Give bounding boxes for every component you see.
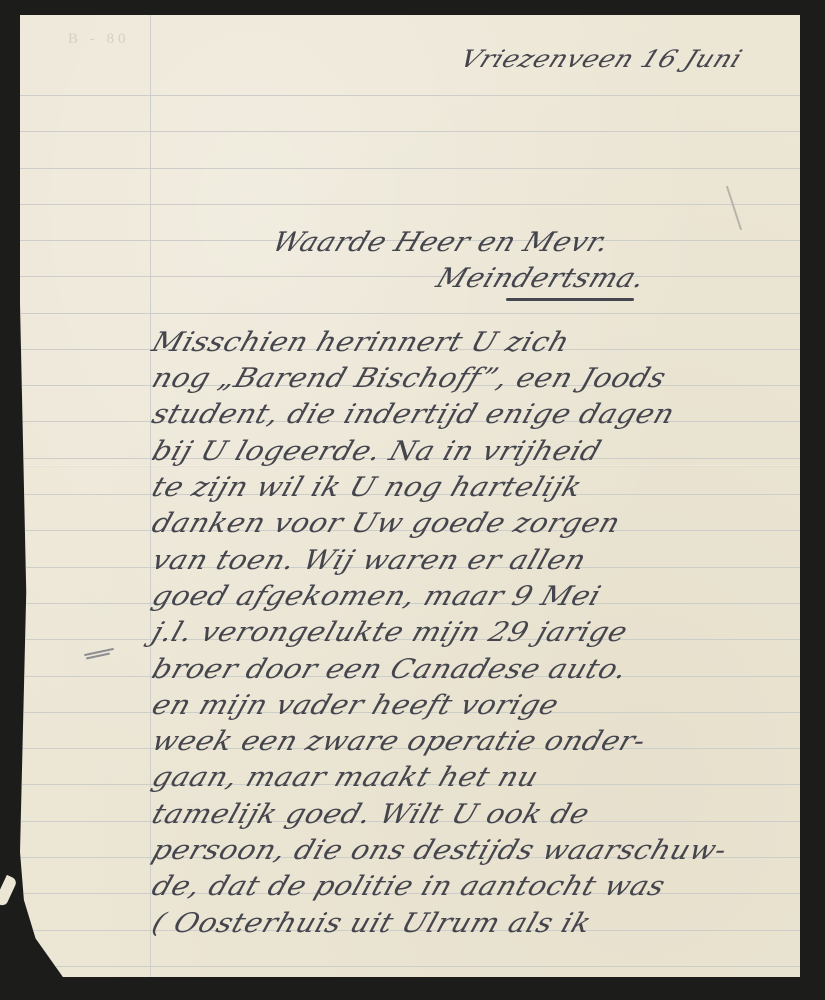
- pencil-stroke: [726, 186, 742, 230]
- ruled-line: [20, 966, 800, 967]
- paper-edge-tab: [0, 875, 18, 907]
- ruled-line: [20, 204, 800, 205]
- ruled-line: [20, 313, 800, 314]
- salutation-line-1: Waarde Heer en Mevr.: [268, 227, 614, 258]
- letter-body-line: j.l. verongelukte mijn 29 jarige: [148, 617, 632, 648]
- letter-body-line: Misschien herinnert U zich: [148, 327, 574, 358]
- ruled-line: [20, 168, 800, 169]
- archive-pencil-note: B - 80: [68, 31, 130, 48]
- salutation-line-2: Meindertsma.: [432, 263, 650, 294]
- name-underline: [506, 298, 634, 301]
- letter-body-line: broer door een Canadese auto.: [148, 654, 631, 685]
- letter-body-line: ( Oosterhuis uit Ulrum als ik: [148, 908, 595, 939]
- letter-body-line: de, dat de politie in aantocht was: [148, 871, 669, 902]
- letter-body-line: goed afgekomen, maar 9 Mei: [148, 581, 605, 612]
- letter-body-line: tamelijk goed. Wilt U ook de: [148, 799, 593, 830]
- letter-body-line: en mijn vader heeft vorige: [148, 690, 563, 721]
- letter-body-line: danken voor Uw goede zorgen: [148, 508, 624, 539]
- ruled-line: [20, 95, 800, 96]
- letter-body-line: gaan, maar maakt het nu: [148, 762, 543, 793]
- letter-body-line: nog „Barend Bischoff”, een Joods: [148, 363, 670, 394]
- ruled-line: [20, 131, 800, 132]
- letter-body-line: van toen. Wij waren er allen: [148, 545, 590, 576]
- ruled-paper-sheet: B - 80 Vriezenveen 16 Juni Waarde Heer e…: [20, 15, 800, 977]
- letter-body-line: week een zware operatie onder-: [148, 726, 650, 757]
- letter-body-line: student, die indertijd enige dagen: [148, 399, 679, 430]
- letter-body-line: bij U logeerde. Na in vrijheid: [148, 436, 605, 467]
- letter-body-line: persoon, die ons destijds waarschuw-: [148, 835, 731, 866]
- letter-body-line: te zijn wil ik U nog hartelijk: [148, 472, 586, 503]
- place-and-date: Vriezenveen 16 Juni: [456, 45, 747, 73]
- ruled-line: [20, 276, 800, 277]
- scanned-letter: B - 80 Vriezenveen 16 Juni Waarde Heer e…: [0, 0, 825, 1000]
